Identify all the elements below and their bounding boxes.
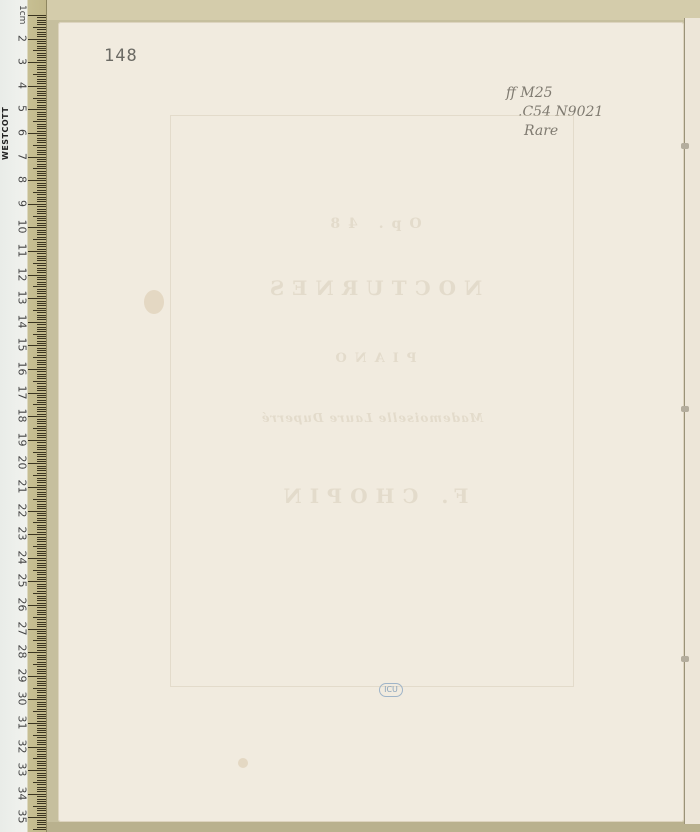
ruler-tick xyxy=(33,664,46,665)
ruler-tick xyxy=(37,312,46,313)
ruler-tick xyxy=(37,22,46,23)
ruler-tick xyxy=(37,374,46,375)
ruler-tick xyxy=(37,194,46,195)
ruler-tick xyxy=(28,699,46,700)
ruler-tick xyxy=(33,829,46,830)
ruler-tick xyxy=(37,256,46,257)
ruler-tick xyxy=(37,789,46,790)
ruler-tick xyxy=(37,32,46,33)
ruler-tick xyxy=(37,529,46,530)
ruler-tick xyxy=(37,478,46,479)
ruler-tick xyxy=(37,732,46,733)
ruler-tick xyxy=(33,617,46,618)
ruler-tick xyxy=(37,492,46,493)
ruler-tick xyxy=(37,246,46,247)
ruler-tick xyxy=(37,551,46,552)
scanner-bed-top xyxy=(46,0,700,20)
ruler-tick xyxy=(37,768,46,769)
ruler-tick xyxy=(37,249,46,250)
ruler-tick xyxy=(33,286,46,287)
ruler-tick xyxy=(37,114,46,115)
ruler-tick xyxy=(37,402,46,403)
ruler-tick xyxy=(37,763,46,764)
ruler-tick xyxy=(33,357,46,358)
ruler-tick xyxy=(37,258,46,259)
ruler-tick xyxy=(28,275,46,276)
ruler-number: 25 xyxy=(16,573,29,589)
ruler-tick xyxy=(37,301,46,302)
ruler-tick xyxy=(37,692,46,693)
ruler-number: 32 xyxy=(16,738,29,754)
ruler-tick xyxy=(37,142,46,143)
ruler-tick xyxy=(37,544,46,545)
ruler-tick xyxy=(37,159,46,160)
ruler-tick xyxy=(37,572,46,573)
ruler-tick xyxy=(37,43,46,44)
ruler-tick xyxy=(37,709,46,710)
ruler-tick xyxy=(37,577,46,578)
ruler-tick xyxy=(28,558,46,559)
ruler-tick xyxy=(37,53,46,54)
ruler-tick xyxy=(28,629,46,630)
ruler-tick xyxy=(37,459,46,460)
ruler-tick xyxy=(37,378,46,379)
ruler-number: 23 xyxy=(16,526,29,542)
ruler-tick xyxy=(37,152,46,153)
ruler-tick xyxy=(37,773,46,774)
ruler-tick xyxy=(37,501,46,502)
ruler-tick xyxy=(37,697,46,698)
ruler-tick xyxy=(37,17,46,18)
ruler-tick xyxy=(37,371,46,372)
ruler-tick xyxy=(37,352,46,353)
ruler-tick xyxy=(37,716,46,717)
ruler-tick xyxy=(37,282,46,283)
ruler-tick xyxy=(37,209,46,210)
ruler-tick xyxy=(37,704,46,705)
ruler-tick xyxy=(33,711,46,712)
ruler-number: 20 xyxy=(16,455,29,471)
ruler-tick xyxy=(37,305,46,306)
ruler-tick xyxy=(37,518,46,519)
ruler-tick xyxy=(37,242,46,243)
ruler-tick xyxy=(37,584,46,585)
ruler-tick xyxy=(37,34,46,35)
ruler-tick xyxy=(37,685,46,686)
bleed-through-instrument: PIANO xyxy=(171,351,573,366)
ruler-tick xyxy=(37,395,46,396)
ruler-tick xyxy=(28,794,46,795)
binding-stitch xyxy=(681,656,689,662)
ruler-tick xyxy=(37,447,46,448)
ruler-tick xyxy=(37,131,46,132)
ruler-number: 1cm xyxy=(17,5,27,21)
ruler-number: 33 xyxy=(16,762,29,778)
ruler-tick xyxy=(37,489,46,490)
ruler-tick xyxy=(37,343,46,344)
ruler-tick xyxy=(37,820,46,821)
ruler-tick xyxy=(37,702,46,703)
ruler-tick xyxy=(37,756,46,757)
ruler-tick xyxy=(37,803,46,804)
ruler-tick xyxy=(37,775,46,776)
ruler-tick xyxy=(37,296,46,297)
ruler-tick xyxy=(33,263,46,264)
ruler-tick xyxy=(37,400,46,401)
ruler-tick xyxy=(37,183,46,184)
ruler-tick xyxy=(28,298,46,299)
ruler-number: 18 xyxy=(16,408,29,424)
ruler-tick xyxy=(37,706,46,707)
ruler-tick xyxy=(37,386,46,387)
ruler-tick xyxy=(37,93,46,94)
ruler-tick xyxy=(37,541,46,542)
ruler-tick xyxy=(37,289,46,290)
ruler-tick xyxy=(37,206,46,207)
ruler-tick xyxy=(37,725,46,726)
ruler-tick xyxy=(37,220,46,221)
ruler-tick xyxy=(37,46,46,47)
ruler-tick xyxy=(37,787,46,788)
ruler-tick xyxy=(37,225,46,226)
ruler-tick xyxy=(37,293,46,294)
ruler-tick xyxy=(37,223,46,224)
ruler-tick xyxy=(37,419,46,420)
ruler-tick xyxy=(37,126,46,127)
ruler-number: 27 xyxy=(16,620,29,636)
ruler-tick xyxy=(33,239,46,240)
ruler-number: 34 xyxy=(16,785,29,801)
ruler-tick xyxy=(37,48,46,49)
ruler-tick xyxy=(37,496,46,497)
ruler-tick xyxy=(37,728,46,729)
ruler-tick xyxy=(28,393,46,394)
ruler-tick xyxy=(28,62,46,63)
ruler-tick xyxy=(37,336,46,337)
ruler-tick xyxy=(37,260,46,261)
ruler-number: 6 xyxy=(16,125,29,141)
ruler-tick xyxy=(37,350,46,351)
ruler-tick xyxy=(37,600,46,601)
ruler-tick xyxy=(33,593,46,594)
ruler-tick xyxy=(37,442,46,443)
ruler-tick xyxy=(37,355,46,356)
ruler-tick xyxy=(37,591,46,592)
ruler-tick xyxy=(37,643,46,644)
ruler-tick xyxy=(37,213,46,214)
measuring-ruler: WESTCOTT 1cm2345678910111213141516171819… xyxy=(0,0,47,832)
ruler-tick xyxy=(33,145,46,146)
ruler-tick xyxy=(37,319,46,320)
ruler-tick xyxy=(37,411,46,412)
ruler-tick xyxy=(37,407,46,408)
ruler-tick xyxy=(37,596,46,597)
ruler-tick xyxy=(37,166,46,167)
ruler-tick xyxy=(37,171,46,172)
ruler-tick xyxy=(33,98,46,99)
ruler-tick xyxy=(37,253,46,254)
ruler-tick xyxy=(37,291,46,292)
ruler-tick xyxy=(37,327,46,328)
scanner-bed-bottom xyxy=(46,822,700,832)
ruler-tick xyxy=(37,740,46,741)
ruler-number: 28 xyxy=(16,644,29,660)
ruler-tick xyxy=(37,211,46,212)
ruler-tick xyxy=(37,135,46,136)
ruler-tick xyxy=(37,690,46,691)
ruler-tick xyxy=(37,237,46,238)
ruler-tick xyxy=(33,168,46,169)
ruler-tick xyxy=(37,102,46,103)
ruler-tick xyxy=(37,470,46,471)
ruler-tick xyxy=(28,652,46,653)
ruler-tick xyxy=(28,416,46,417)
ruler-tick xyxy=(33,404,46,405)
call-number-line: ff M25 xyxy=(506,84,603,103)
bleed-through-composer: F. CHOPIN xyxy=(171,484,573,508)
ruler-tick xyxy=(37,537,46,538)
ruler-tick xyxy=(37,494,46,495)
ruler-tick xyxy=(37,270,46,271)
ruler-tick xyxy=(37,539,46,540)
ruler-tick xyxy=(37,614,46,615)
ruler-tick xyxy=(37,586,46,587)
ruler-tick xyxy=(37,567,46,568)
ruler-tick xyxy=(37,515,46,516)
ruler-tick xyxy=(37,824,46,825)
ruler-tick xyxy=(37,636,46,637)
ruler-tick xyxy=(37,433,46,434)
ruler-tick xyxy=(37,714,46,715)
ruler-tick xyxy=(33,522,46,523)
ruler-tick xyxy=(37,574,46,575)
ruler-tick xyxy=(37,647,46,648)
ruler-tick xyxy=(33,735,46,736)
ruler-tick xyxy=(37,513,46,514)
ruler-tick xyxy=(37,360,46,361)
ruler-tick xyxy=(37,317,46,318)
ruler-tick xyxy=(37,383,46,384)
ruler-tick xyxy=(37,626,46,627)
ruler-tick xyxy=(37,461,46,462)
ruler-tick xyxy=(37,657,46,658)
ruler-tick xyxy=(37,718,46,719)
ruler-tick xyxy=(37,588,46,589)
ruler-tick xyxy=(33,74,46,75)
ruler-number: 26 xyxy=(16,597,29,613)
ruler-tick xyxy=(28,204,46,205)
ruler-number: 5 xyxy=(16,101,29,117)
ruler-tick xyxy=(37,633,46,634)
ruler-tick xyxy=(37,277,46,278)
ruler-tick xyxy=(37,390,46,391)
ruler-tick xyxy=(37,553,46,554)
ruler-tick xyxy=(37,695,46,696)
binding-stitch xyxy=(681,406,689,412)
ruler-tick xyxy=(37,612,46,613)
ruler-tick xyxy=(37,100,46,101)
ruler-tick xyxy=(37,338,46,339)
ruler-tick xyxy=(28,534,46,535)
ruler-number: 13 xyxy=(16,290,29,306)
ruler-tick xyxy=(37,815,46,816)
ruler-tick xyxy=(37,105,46,106)
ruler-tick xyxy=(37,473,46,474)
ruler-tick xyxy=(37,272,46,273)
ruler-tick xyxy=(37,808,46,809)
ruler-tick xyxy=(37,190,46,191)
ruler-tick xyxy=(37,341,46,342)
ruler-tick xyxy=(37,673,46,674)
ruler-tick xyxy=(37,128,46,129)
ruler-number: 31 xyxy=(16,715,29,731)
ruler-number: 3 xyxy=(16,54,29,70)
ruler-tick xyxy=(37,36,46,37)
ruler-number: 22 xyxy=(16,502,29,518)
ruler-number: 2 xyxy=(16,30,29,46)
ruler-tick xyxy=(33,570,46,571)
ruler-tick xyxy=(37,520,46,521)
ruler-number: 11 xyxy=(16,243,29,259)
ruler-tick xyxy=(37,598,46,599)
ruler-tick xyxy=(37,41,46,42)
ruler-tick xyxy=(37,780,46,781)
ruler-tick xyxy=(37,560,46,561)
ruler-tick xyxy=(37,482,46,483)
ruler-tick xyxy=(37,124,46,125)
ruler-tick xyxy=(33,758,46,759)
ruler-tick xyxy=(37,397,46,398)
ruler-number: 16 xyxy=(16,361,29,377)
ruler-tick xyxy=(33,499,46,500)
ruler-tick xyxy=(37,638,46,639)
ruler-tick xyxy=(28,227,46,228)
ruler-number: 15 xyxy=(16,337,29,353)
ruler-tick xyxy=(37,603,46,604)
ruler-tick xyxy=(33,216,46,217)
ruler-tick xyxy=(37,187,46,188)
ruler-tick xyxy=(37,60,46,61)
ruler-tick xyxy=(37,669,46,670)
ruler-tick xyxy=(37,88,46,89)
ruler-tick xyxy=(28,109,46,110)
ruler-tick xyxy=(37,810,46,811)
ruler-tick xyxy=(37,813,46,814)
ruler-tick xyxy=(37,659,46,660)
ruler-tick xyxy=(37,29,46,30)
ruler-tick xyxy=(37,329,46,330)
ruler-tick xyxy=(37,362,46,363)
ruler-number: 14 xyxy=(16,313,29,329)
ruler-tick xyxy=(37,414,46,415)
ruler-tick xyxy=(28,440,46,441)
ruler-tick xyxy=(37,799,46,800)
ruler-tick xyxy=(37,116,46,117)
ruler-tick xyxy=(37,265,46,266)
ruler-tick xyxy=(37,57,46,58)
ruler-tick xyxy=(37,367,46,368)
ruler-tick xyxy=(37,791,46,792)
ruler-tick xyxy=(37,324,46,325)
ruler-tick xyxy=(37,154,46,155)
ruler-tick xyxy=(28,369,46,370)
ruler-tick xyxy=(37,348,46,349)
ruler-tick xyxy=(37,81,46,82)
ruler-tick xyxy=(37,579,46,580)
ruler-tick xyxy=(37,485,46,486)
ruler-tick xyxy=(28,133,46,134)
ruler-tick xyxy=(33,688,46,689)
ruler-tick xyxy=(37,199,46,200)
ruler-tick xyxy=(33,334,46,335)
ruler-tick xyxy=(37,175,46,176)
ruler-tick xyxy=(28,723,46,724)
foxing-spot xyxy=(144,290,164,314)
ruler-tick xyxy=(28,747,46,748)
page-number: 148 xyxy=(104,46,138,66)
ruler-tick xyxy=(33,310,46,311)
ruler-number: 4 xyxy=(16,77,29,93)
ruler-tick xyxy=(37,72,46,73)
ruler-tick xyxy=(37,303,46,304)
ruler-tick xyxy=(28,511,46,512)
ruler-number: 17 xyxy=(16,384,29,400)
ruler-tick xyxy=(37,421,46,422)
ruler-tick xyxy=(37,147,46,148)
adjacent-page-edge xyxy=(684,18,700,824)
ruler-tick xyxy=(37,364,46,365)
ruler-tick xyxy=(37,754,46,755)
ruler-tick xyxy=(37,801,46,802)
ruler-tick xyxy=(37,173,46,174)
ruler-tick xyxy=(37,466,46,467)
ruler-tick xyxy=(37,24,46,25)
ruler-tick xyxy=(33,121,46,122)
ruler-tick xyxy=(37,437,46,438)
plate-mark: Op. 48 NOCTURNES PIANO Mademoiselle Laur… xyxy=(170,115,574,687)
ruler-tick xyxy=(37,631,46,632)
ruler-tick xyxy=(37,744,46,745)
ruler-number: 12 xyxy=(16,266,29,282)
ruler-tick xyxy=(37,784,46,785)
ruler-tick xyxy=(37,761,46,762)
ruler-tick xyxy=(37,456,46,457)
ruler-number: 29 xyxy=(16,667,29,683)
ruler-tick xyxy=(37,796,46,797)
ruler-tick xyxy=(37,548,46,549)
ruler-tick xyxy=(37,69,46,70)
binding-stitch xyxy=(681,143,689,149)
ruler-tick xyxy=(28,180,46,181)
ruler-number: 19 xyxy=(16,431,29,447)
ruler-tick xyxy=(37,140,46,141)
ruler-tick xyxy=(28,581,46,582)
ruler-tick xyxy=(28,15,46,16)
ruler-number: 30 xyxy=(16,691,29,707)
ruler-tick xyxy=(37,449,46,450)
ruler-tick xyxy=(37,164,46,165)
ruler-number: 21 xyxy=(16,479,29,495)
ruler-tick xyxy=(28,487,46,488)
ruler-brand: WESTCOTT xyxy=(1,40,11,160)
ruler-tick xyxy=(37,76,46,77)
ruler-number: 35 xyxy=(16,809,29,825)
ruler-tick xyxy=(33,381,46,382)
ruler-tick xyxy=(37,423,46,424)
ruler-tick xyxy=(37,95,46,96)
ruler-tick xyxy=(37,662,46,663)
ruler-tick xyxy=(28,676,46,677)
